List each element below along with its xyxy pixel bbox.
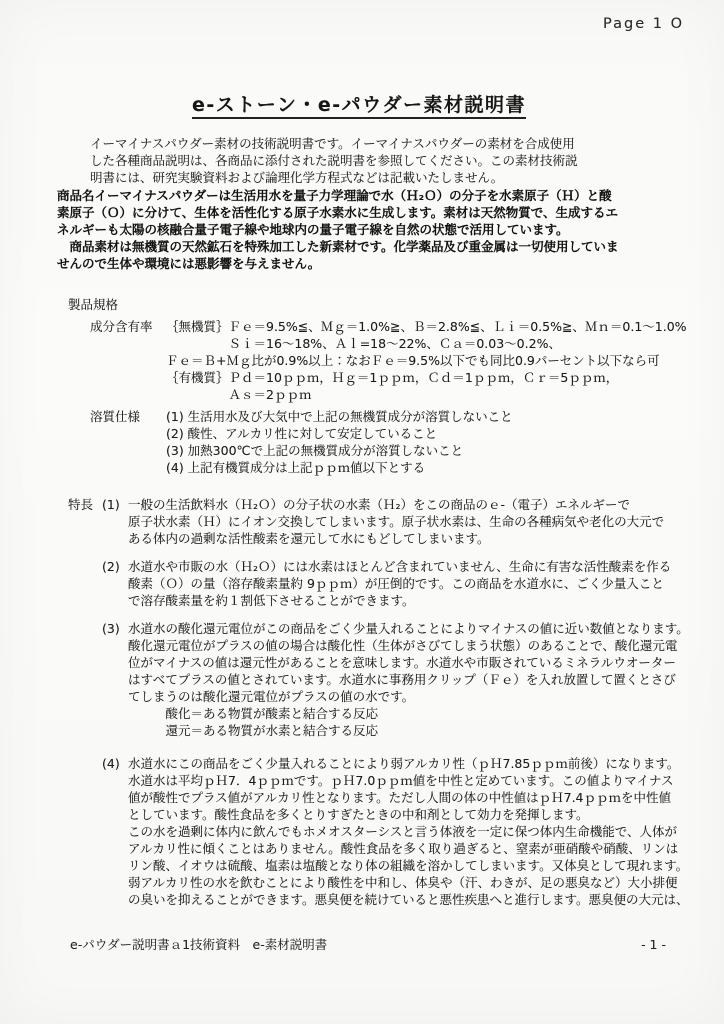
features-section: 特長 (1) 一般の生活飲料水（Ｈ₂Ｏ）の分子状の水素（Ｈ₂）をこの商品のｅ‐（… (68, 496, 690, 908)
feature-item-2: (2) 水道水や市販の水（Ｈ₂Ｏ）には水素はほとんど含まれていません、生命に有害… (68, 558, 690, 609)
page-footer: e-パウダー説明書ａ1技術資料 e-素材説明書 - 1 - (70, 936, 666, 953)
solute-spec-items: (1) 生活用水及び大気中で上記の無機質成分が溶質しないこと (2) 酸性、アル… (166, 408, 690, 476)
composition-row: 成分含有率 ｛無機質｝Ｆｅ＝9.5%≦、Ｍｇ＝1.0%≧、Ｂ＝2.8%≦、Ｌｉ＝… (68, 318, 690, 403)
feature-text-1: 一般の生活飲料水（Ｈ₂Ｏ）の分子状の水素（Ｈ₂）をこの商品のｅ‐（電子）エネルギ… (128, 496, 690, 547)
composition-values: ｛無機質｝Ｆｅ＝9.5%≦、Ｍｇ＝1.0%≧、Ｂ＝2.8%≦、Ｌｉ＝0.5%≧、… (166, 318, 690, 403)
feature-kicker-spacer (68, 558, 102, 609)
feature-text-4: 水道水にこの商品をごく少量入れることにより弱アルカリ性（ｐＨ7.85ｐｐｍ前後）… (128, 755, 690, 908)
feature-number-3: (3) (102, 620, 128, 739)
feature-text-2: 水道水や市販の水（Ｈ₂Ｏ）には水素はほとんど含まれていません、生命に有害な活性酸… (128, 558, 690, 609)
feature-item-1: 特長 (1) 一般の生活飲料水（Ｈ₂Ｏ）の分子状の水素（Ｈ₂）をこの商品のｅ‐（… (68, 496, 690, 547)
feature-number-4: (4) (102, 755, 128, 908)
feature-item-3: (3) 水道水の酸化還元電位がこの商品をごく少量入れることによりマイナスの値に近… (68, 620, 690, 739)
document-title: e-ストーン・e-パウダー素材説明書 (192, 97, 526, 119)
feature-kicker-spacer (68, 620, 102, 739)
footer-document-id: e-パウダー説明書ａ1技術資料 e-素材説明書 (70, 936, 327, 953)
solute-spec-label: 溶質仕様 (90, 408, 166, 476)
feature-kicker-spacer (68, 755, 102, 908)
feature-text-3: 水道水の酸化還元電位がこの商品をごく少量入れることによりマイナスの値に近い数値と… (128, 620, 690, 739)
feature-number-2: (2) (102, 558, 128, 609)
feature-number-1: (1) (102, 496, 128, 547)
title-row: e-ストーン・e-パウダー素材説明書 (68, 97, 650, 119)
intro-paragraph: イーマイナスパウダー素材の技術説明書です。イーマイナスパウダーの素材を合成使用 … (90, 135, 690, 186)
page-number-header: Page 1 O (68, 16, 684, 33)
feature-item-4: (4) 水道水にこの商品をごく少量入れることにより弱アルカリ性（ｐＨ7.85ｐｐ… (68, 755, 690, 908)
product-description-paragraph: 商品名イーマイナスパウダーは生活用水を量子力学理論で水（Ｈ₂Ｏ）の分子を水素原子… (57, 187, 690, 272)
footer-page-number: - 1 - (641, 936, 666, 953)
document-page: Page 1 O e-ストーン・e-パウダー素材説明書 イーマイナスパウダー素材… (0, 0, 724, 1024)
specs-section-heading: 製品規格 (68, 296, 690, 313)
features-heading: 特長 (68, 496, 102, 547)
solute-spec-row: 溶質仕様 (1) 生活用水及び大気中で上記の無機質成分が溶質しないこと (2) … (68, 408, 690, 476)
composition-label: 成分含有率 (90, 318, 166, 403)
